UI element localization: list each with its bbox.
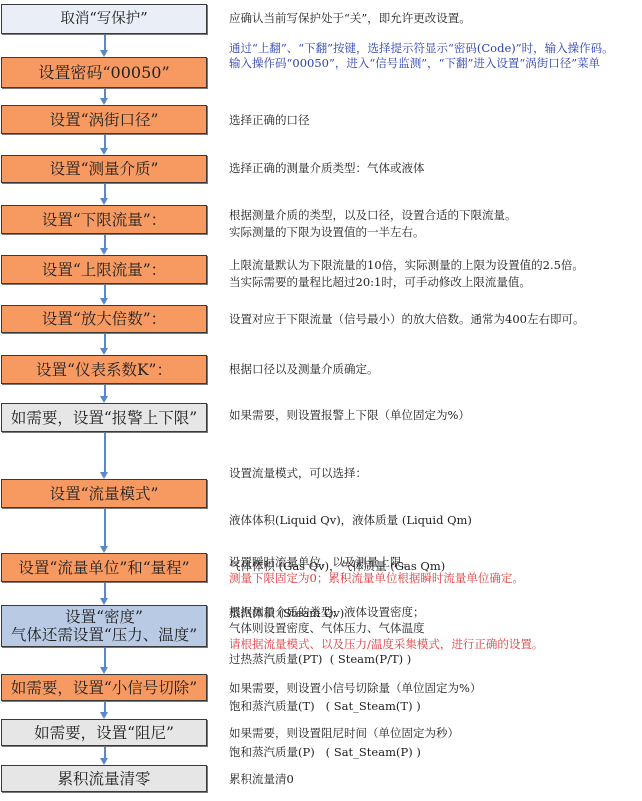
desc-line: 根据口径以及测量介质确定。	[229, 362, 639, 377]
connector	[104, 33, 106, 51]
step-label: 设置“放大倍数”：	[42, 310, 166, 328]
step-set-k-factor: 设置“仪表系数K”：	[1, 355, 207, 384]
step-label: 设置“密度”	[65, 608, 143, 626]
step-label: 设置“仪表系数K”：	[36, 361, 172, 379]
desc-line: 过热蒸汽质量(PT) ( Steam(P/T) )	[229, 652, 639, 668]
step-label: 设置“上限流量”：	[42, 261, 166, 279]
desc-line: 应确认当前写保护处于“关”，即允许更改设置。	[229, 11, 639, 26]
step-label: 如需要，设置“报警上下限”	[11, 409, 197, 427]
arrow-down-icon	[100, 248, 108, 255]
step-set-caliber: 设置“涡街口径”	[1, 105, 207, 134]
desc-line: 气体则设置密度、气体压力、气体温度	[229, 620, 639, 636]
arrow-down-icon	[100, 472, 108, 479]
step-set-flow-mode: 设置“流量模式”	[1, 479, 207, 508]
connector	[104, 431, 106, 473]
desc-alarm-limits: 如果需要，则设置报警上下限（单位固定为%）	[229, 408, 639, 423]
desc-line: 饱和蒸汽质量(T) ( Sat_Steam(T) )	[229, 699, 639, 715]
step-set-lower-flow: 设置“下限流量”：	[1, 205, 207, 234]
arrow-down-icon	[100, 198, 108, 205]
arrow-down-icon	[100, 348, 108, 355]
connector	[104, 383, 106, 397]
step-label: 设置“流量模式”	[50, 485, 159, 503]
desc-line: 上限流量默认为下限流量的10倍，实际测量的上限为设置值的2.5倍。	[229, 257, 639, 274]
desc-line: 设置流量模式，可以选择：	[229, 466, 639, 482]
connector	[104, 745, 106, 759]
desc-line: 如果需要，则设置阻尼时间（单位固定为秒）	[229, 726, 639, 741]
connector	[104, 133, 106, 149]
step-set-gain: 设置“放大倍数”：	[1, 305, 207, 333]
step-label: 设置密码“00050”	[38, 64, 169, 82]
desc-caliber: 选择正确的口径	[229, 113, 639, 128]
desc-density: 根据测量介质的类型，液体设置密度； 气体则设置密度、气体压力、气体温度 请根据流…	[229, 604, 639, 652]
arrow-down-icon	[100, 712, 108, 719]
step-set-medium: 设置“测量介质”	[1, 155, 207, 183]
desc-line: 根据测量介质的类型，液体设置密度；	[229, 604, 639, 620]
connector	[104, 646, 106, 668]
step-reset-total-flow: 累积流量清零	[1, 765, 207, 792]
step-label: 如需要，设置“阻尼”	[34, 724, 174, 742]
desc-line: 累积流量清0	[229, 772, 639, 787]
step-label: 累积流量清零	[57, 770, 150, 788]
desc-damping: 如果需要，则设置阻尼时间（单位固定为秒）	[229, 726, 639, 741]
connector	[104, 507, 106, 547]
connector	[104, 233, 106, 249]
step-disable-write-protect: 取消“写保护”	[1, 4, 207, 34]
connector	[104, 332, 106, 349]
step-set-density: 设置“密度” 气体还需设置“压力、温度”	[1, 605, 207, 647]
desc-line: 选择正确的测量介质类型：气体或液体	[229, 161, 639, 176]
desc-line: 实际测量的下限为设置值的一半左右。	[229, 224, 639, 241]
step-set-damping: 如需要，设置“阻尼”	[1, 719, 207, 746]
step-label: 设置“涡街口径”	[50, 111, 159, 129]
desc-write-protect: 应确认当前写保护处于“关”，即允许更改设置。	[229, 11, 639, 26]
arrow-down-icon	[100, 667, 108, 674]
desc-line: 液体体积(Liquid Qv)，液体质量 (Liquid Qm)	[229, 513, 639, 529]
connector	[104, 182, 106, 199]
step-label: 设置“下限流量”：	[42, 211, 166, 229]
desc-medium: 选择正确的测量介质类型：气体或液体	[229, 161, 639, 176]
desc-line-warning: 请根据流量模式、以及压力/温度采集模式，进行正确的设置。	[229, 636, 639, 652]
desc-line: 设置对应于下限流量（信号最小）的放大倍数。通常为400左右即可。	[229, 312, 639, 327]
arrow-down-icon	[100, 546, 108, 553]
step-set-flow-unit-range: 设置“流量单位”和“量程”	[1, 553, 207, 582]
arrow-down-icon	[100, 298, 108, 305]
connector	[104, 283, 106, 299]
desc-gain: 设置对应于下限流量（信号最小）的放大倍数。通常为400左右即可。	[229, 312, 639, 327]
desc-lower-flow: 根据测量介质的类型，以及口径，设置合适的下限流量。 实际测量的下限为设置值的一半…	[229, 207, 639, 241]
step-label: 设置“流量单位”和“量程”	[18, 559, 189, 577]
desc-line: 通过“上翻”、“下翻”按键，选择提示符显示“密码(Code)”时，输入操作码。	[229, 41, 631, 56]
desc-line-warning: 测量下限固定为0；累积流量单位根据瞬时流量单位确定。	[229, 570, 639, 586]
desc-k-factor: 根据口径以及测量介质确定。	[229, 362, 639, 377]
step-label-secondary: 气体还需设置“压力、温度”	[11, 626, 197, 644]
desc-line: 如果需要，则设置报警上下限（单位固定为%）	[229, 408, 639, 423]
desc-flow-unit-range: 设置瞬时流量单位，以及测量上限。 测量下限固定为0；累积流量单位根据瞬时流量单位…	[229, 554, 639, 586]
arrow-down-icon	[100, 758, 108, 765]
step-set-password: 设置密码“00050”	[1, 57, 207, 88]
desc-line: 选择正确的口径	[229, 113, 639, 128]
connector	[104, 581, 106, 599]
step-label: 取消“写保护”	[60, 10, 147, 28]
desc-line: 设置瞬时流量单位，以及测量上限。	[229, 554, 639, 570]
step-set-alarm-limits: 如需要，设置“报警上下限”	[1, 403, 207, 432]
desc-small-signal-cutoff: 如果需要，则设置小信号切除量（单位固定为%）	[229, 681, 639, 696]
arrow-down-icon	[100, 598, 108, 605]
arrow-down-icon	[100, 148, 108, 155]
step-set-upper-flow: 设置“上限流量”：	[1, 255, 207, 284]
desc-line: 根据测量介质的类型，以及口径，设置合适的下限流量。	[229, 207, 639, 224]
desc-line: 饱和蒸汽质量(P) ( Sat_Steam(P) )	[229, 745, 639, 761]
desc-line: 如果需要，则设置小信号切除量（单位固定为%）	[229, 681, 639, 696]
desc-reset-total-flow: 累积流量清0	[229, 772, 639, 787]
step-label: 设置“测量介质”	[50, 160, 159, 178]
arrow-down-icon	[100, 98, 108, 105]
arrow-down-icon	[100, 396, 108, 403]
step-set-small-signal-cutoff: 如需要，设置“小信号切除”	[1, 674, 207, 701]
step-label: 如需要，设置“小信号切除”	[11, 679, 197, 697]
desc-line: 当实际需要的量程比超过20:1时，可手动修改上限流量值。	[229, 274, 639, 291]
arrow-down-icon	[100, 50, 108, 57]
desc-password: 通过“上翻”、“下翻”按键，选择提示符显示“密码(Code)”时，输入操作码。 …	[229, 41, 631, 71]
desc-line: 输入操作码“00050”，进入“信号监测”，“下翻”进入设置“涡街口径”菜单	[229, 56, 631, 71]
desc-upper-flow: 上限流量默认为下限流量的10倍，实际测量的上限为设置值的2.5倍。 当实际需要的…	[229, 257, 639, 291]
